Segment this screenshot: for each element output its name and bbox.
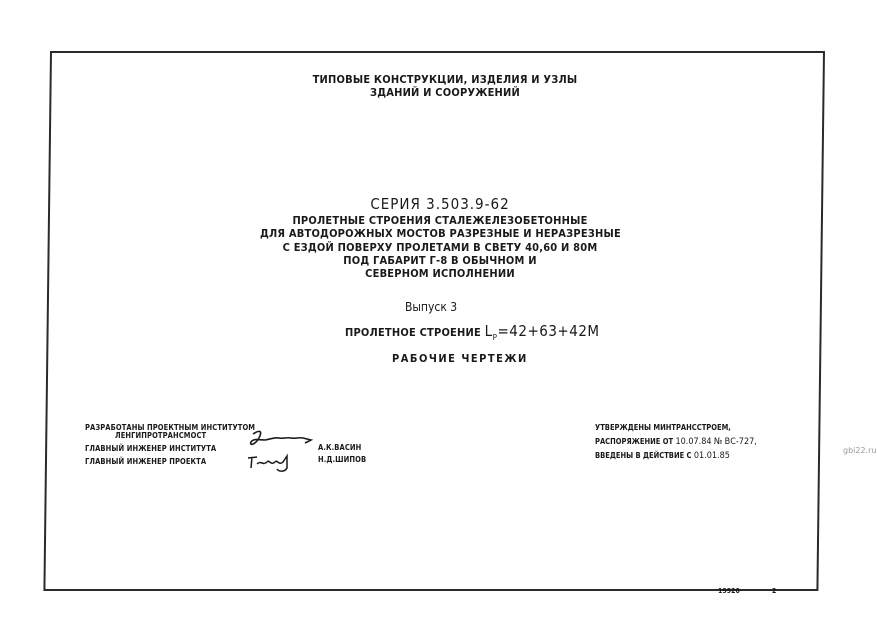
approval-line-1: Утверждены Минтрансстроем, <box>595 421 757 435</box>
document-code: 19920 <box>718 587 740 595</box>
span-symbol: Lр=42+63+42м <box>485 322 600 340</box>
description-line: с ездой поверху пролетами в свету 40,60 … <box>260 241 620 254</box>
effective-label: введены в действие с <box>595 451 692 460</box>
developer-institute: Ленгипротрансмост <box>115 431 206 440</box>
approval-line-2: распоряжение от 10.07.84 № ВС-727, <box>595 435 757 449</box>
approval-line-3: введены в действие с 01.01.85 <box>595 449 757 463</box>
chief-engineer-institute-label: Главный инженер института <box>85 444 216 453</box>
approval-order-label: распоряжение от <box>595 437 673 446</box>
series-title: Серия 3.503.9-62 <box>300 195 580 213</box>
description-line: под габарит Г-8 в обычном и <box>260 254 620 267</box>
chief-engineer-project-label: Главный инженер проекта <box>85 457 206 466</box>
span-line: Пролетное строение Lр=42+63+42м <box>345 322 600 342</box>
approval-date: 10.07.84 <box>675 437 711 447</box>
chief-engineer-institute-name: А.К.Васин <box>318 443 361 452</box>
header-line-1: Типовые конструкции, изделия и узлы <box>290 73 600 86</box>
working-drawings-label: Рабочие чертежи <box>392 352 528 365</box>
span-label: Пролетное строение <box>345 326 481 339</box>
header-organization: Типовые конструкции, изделия и узлы здан… <box>290 73 600 99</box>
drawing-frame <box>43 51 825 591</box>
span-symbol-letter: L <box>485 322 493 340</box>
description-line: северном исполнении <box>260 267 620 280</box>
watermark: gbi22.ru <box>843 446 876 455</box>
signature-2 <box>245 450 295 474</box>
approval-number: ВС-727, <box>725 437 757 447</box>
description-line: Пролетные строения сталежелезобетонные <box>260 214 620 227</box>
span-value: =42+63+42м <box>497 322 599 340</box>
header-line-2: зданий и сооружений <box>290 86 600 99</box>
approval-block: Утверждены Минтрансстроем, распоряжение … <box>595 421 757 463</box>
approval-number-label: № <box>714 437 722 447</box>
description-line: для автодорожных мостов разрезные и нера… <box>260 227 620 240</box>
description-block: Пролетные строения сталежелезобетонные д… <box>260 214 620 280</box>
chief-engineer-project-name: Н.Д.Шипов <box>318 455 366 464</box>
signature-1 <box>245 428 315 450</box>
sheet-number: 2 <box>772 587 776 595</box>
issue-label: Выпуск 3 <box>405 300 457 314</box>
effective-date: 01.01.85 <box>694 451 730 461</box>
